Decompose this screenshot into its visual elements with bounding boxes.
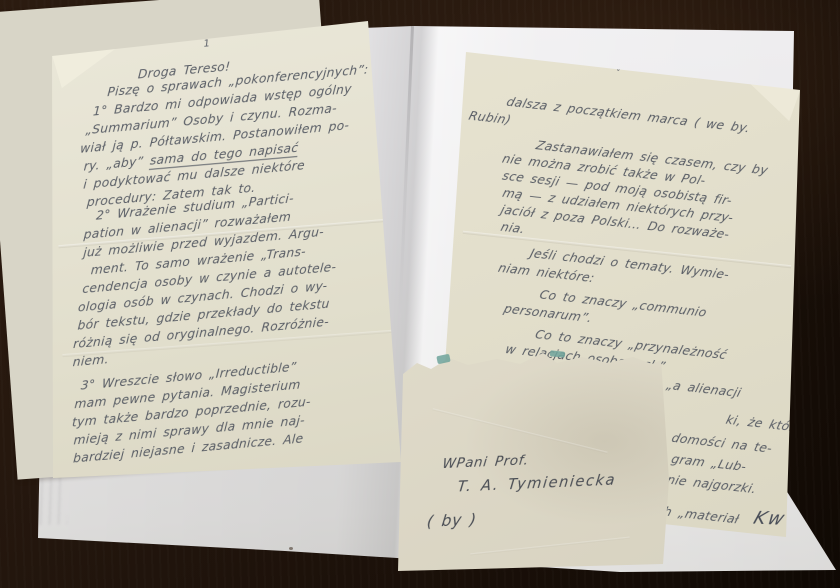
envelope-address-line: WPani Prof.	[442, 452, 530, 472]
photo-scene: 1 Droga Tereso!Piszę o sprawach „pokonfe…	[0, 0, 840, 588]
handwriting-line: domości na te-	[670, 431, 774, 456]
fold-crease	[398, 26, 414, 316]
envelope-address-line: T. A. Tymieniecka	[457, 473, 617, 496]
signature: Kw	[751, 508, 789, 530]
paper-speck	[289, 547, 293, 550]
handwriting-line: nie najgorzki.	[665, 473, 758, 496]
handwriting-line: gram „Lub-	[670, 452, 748, 474]
handwriting-line: niem.	[72, 352, 109, 369]
handwriting-line: ki, że które	[724, 413, 804, 435]
handwriting-line: nia.	[499, 220, 526, 236]
handwriting-line: „a alienacji	[665, 378, 743, 400]
handwriting-line: Rubin)	[467, 109, 512, 127]
handwriting-line: dalsza z początkiem marca ( we by.	[505, 95, 752, 136]
page-number-mark: 1	[203, 38, 210, 50]
envelope-address-line: ( by )	[426, 511, 478, 531]
envelope-address: WPani Prof.T. A. Tymieniecka( by )	[400, 350, 679, 572]
check-mark: ˇ	[614, 68, 620, 79]
